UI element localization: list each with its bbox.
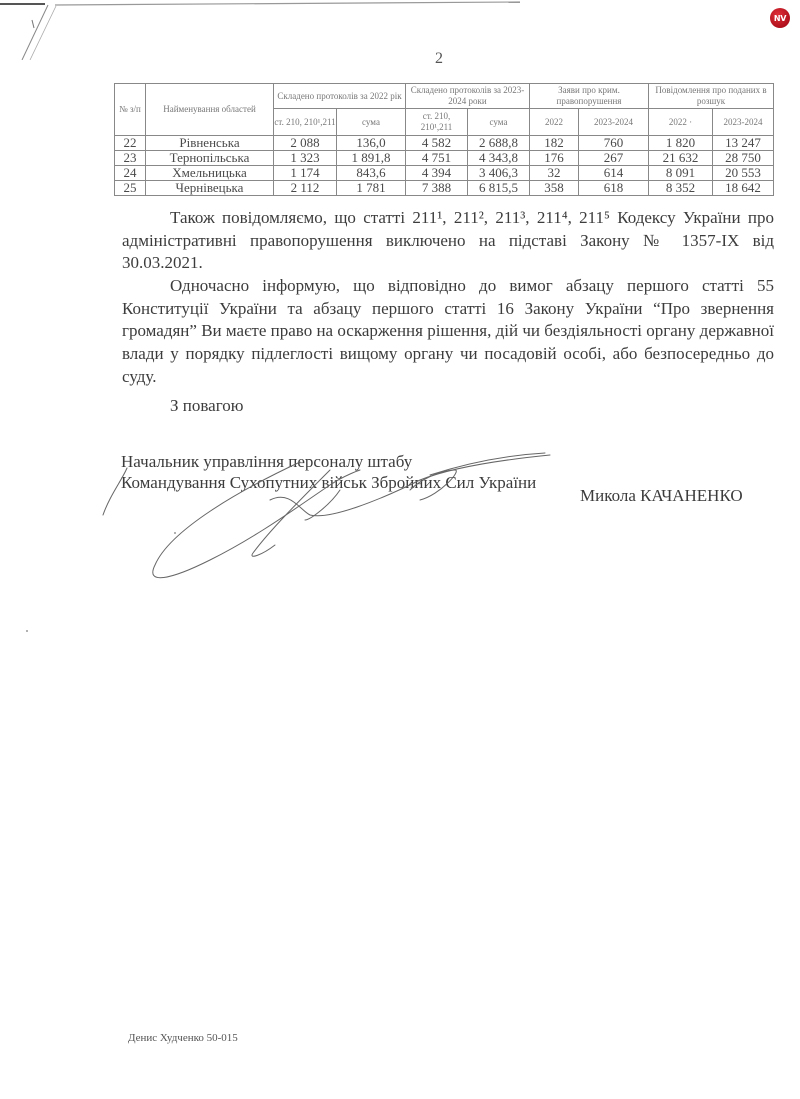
- cell-wanted-2022: 1 820: [649, 136, 713, 151]
- table-body: 22Рівненська2 088136,04 5822 688,8182760…: [115, 136, 774, 196]
- cell-p22-sum: 1 891,8: [337, 151, 406, 166]
- cell-crim-2324: 614: [579, 166, 649, 181]
- paragraph-appeal-rights: Одночасно інформую, що відповідно до вим…: [122, 275, 774, 389]
- signer-name: Микола КАЧАНЕНКО: [580, 486, 743, 506]
- header-protocols-2023-2024: Складено протоколів за 2023-2024 роки: [406, 84, 530, 109]
- subheader-sum: сума: [337, 109, 406, 136]
- cell-crim-2022: 182: [530, 136, 579, 151]
- cell-p22-sum: 1 781: [337, 181, 406, 196]
- cell-p22-count: 1 174: [274, 166, 337, 181]
- cell-wanted-2324: 28 750: [713, 151, 774, 166]
- cell-p22-count: 2 112: [274, 181, 337, 196]
- cell-crim-2022: 32: [530, 166, 579, 181]
- cell-p22-sum: 843,6: [337, 166, 406, 181]
- subheader-2022: 2022 ·: [649, 109, 713, 136]
- cell-wanted-2022: 8 352: [649, 181, 713, 196]
- scan-speck: [174, 532, 176, 534]
- cell-region: Тернопільська: [146, 151, 274, 166]
- cell-no: 24: [115, 166, 146, 181]
- cell-region: Чернівецька: [146, 181, 274, 196]
- table-row: 22Рівненська2 088136,04 5822 688,8182760…: [115, 136, 774, 151]
- cell-p2324-sum: 3 406,3: [468, 166, 530, 181]
- cell-region: Хмельницька: [146, 166, 274, 181]
- cell-p2324-sum: 2 688,8: [468, 136, 530, 151]
- scan-speck: [26, 630, 28, 632]
- cell-wanted-2324: 20 553: [713, 166, 774, 181]
- subheader-2023-2024: 2023-2024: [579, 109, 649, 136]
- cell-region: Рівненська: [146, 136, 274, 151]
- cell-no: 23: [115, 151, 146, 166]
- cell-wanted-2324: 18 642: [713, 181, 774, 196]
- subheader-sum: сума: [468, 109, 530, 136]
- cell-crim-2324: 618: [579, 181, 649, 196]
- header-region: Найменування областей: [146, 84, 274, 136]
- cell-wanted-2022: 21 632: [649, 151, 713, 166]
- cell-wanted-2324: 13 247: [713, 136, 774, 151]
- signer-title-line1: Начальник управління персоналу штабу: [121, 451, 536, 472]
- closing-regards: З повагою: [170, 396, 243, 416]
- cell-p2324-count: 4 582: [406, 136, 468, 151]
- cell-no: 25: [115, 181, 146, 196]
- signer-title-line2: Командування Сухопутних військ Збройних …: [121, 472, 536, 493]
- cell-p2324-count: 4 394: [406, 166, 468, 181]
- header-wanted-notices: Повідомлення про поданих в розшук: [649, 84, 774, 109]
- cell-crim-2324: 267: [579, 151, 649, 166]
- table-row: 25Чернівецька2 1121 7817 3886 815,535861…: [115, 181, 774, 196]
- scan-edge-marks: [0, 0, 800, 60]
- cell-wanted-2022: 8 091: [649, 166, 713, 181]
- document-page: NV 2 № з/п Найменування областей Складен…: [0, 0, 800, 1099]
- cell-p2324-count: 4 751: [406, 151, 468, 166]
- table-header-row: № з/п Найменування областей Складено про…: [115, 84, 774, 109]
- cell-no: 22: [115, 136, 146, 151]
- signer-title: Начальник управління персоналу штабу Ком…: [121, 451, 536, 493]
- paragraph-text: Також повідомляємо, що статті 211¹, 211²…: [122, 207, 774, 275]
- nv-logo: NV: [770, 8, 790, 28]
- cell-p22-count: 1 323: [274, 151, 337, 166]
- cell-p22-count: 2 088: [274, 136, 337, 151]
- cell-crim-2022: 176: [530, 151, 579, 166]
- cell-p2324-count: 7 388: [406, 181, 468, 196]
- header-protocols-2022: Складено протоколів за 2022 рік: [274, 84, 406, 109]
- statistics-table: № з/п Найменування областей Складено про…: [114, 83, 774, 196]
- paragraph-text: Одночасно інформую, що відповідно до вим…: [122, 275, 774, 389]
- table-row: 24Хмельницька1 174843,64 3943 406,332614…: [115, 166, 774, 181]
- subheader-articles: ст. 210, 210¹,211: [274, 109, 337, 136]
- paragraph-articles-excluded: Також повідомляємо, що статті 211¹, 211²…: [122, 207, 774, 275]
- page-number: 2: [435, 50, 443, 68]
- cell-crim-2022: 358: [530, 181, 579, 196]
- subheader-2023-2024: 2023-2024: [713, 109, 774, 136]
- subheader-2022: 2022: [530, 109, 579, 136]
- subheader-articles: ст. 210, 210¹,211: [406, 109, 468, 136]
- header-criminal-reports: Заяви про крим. правопорушення: [530, 84, 649, 109]
- cell-p2324-sum: 6 815,5: [468, 181, 530, 196]
- cell-p2324-sum: 4 343,8: [468, 151, 530, 166]
- header-number: № з/п: [115, 84, 146, 136]
- cell-crim-2324: 760: [579, 136, 649, 151]
- cell-p22-sum: 136,0: [337, 136, 406, 151]
- table-row: 23Тернопільська1 3231 891,84 7514 343,81…: [115, 151, 774, 166]
- executor-note: Денис Худченко 50-015: [128, 1032, 238, 1044]
